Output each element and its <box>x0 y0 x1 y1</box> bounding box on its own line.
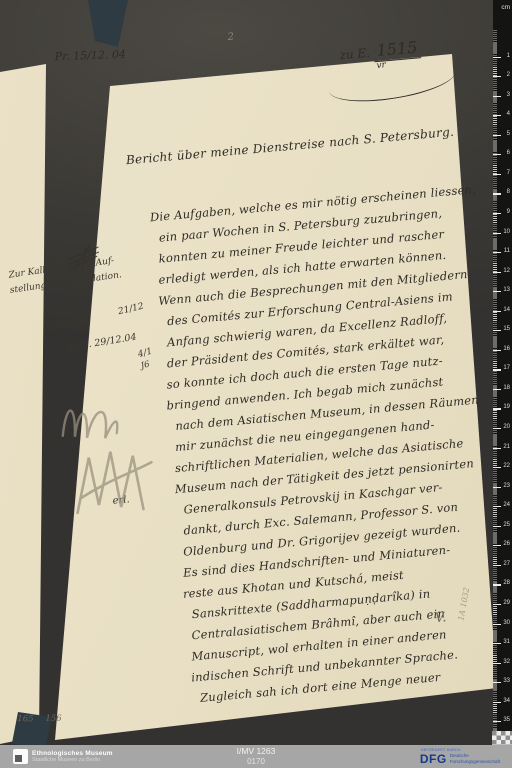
corner-initial-mark: V. <box>434 610 447 626</box>
ruler-cm-tick <box>493 604 501 605</box>
ruler-cm-tick <box>493 506 501 507</box>
ruler-cm-tick <box>493 96 501 97</box>
ruler-cm-tick <box>493 233 501 234</box>
ruler-cm-number: 35 <box>503 717 510 723</box>
ruler-cm-tick <box>493 643 501 644</box>
archive-footer-bar: Ethnologisches Museum Staatliche Museen … <box>0 745 512 768</box>
ruler-cm-number: 5 <box>507 131 510 137</box>
ruler-unit-label: cm <box>501 4 510 11</box>
ruler-cm-number: 25 <box>503 522 510 528</box>
ruler-cm-number: 2 <box>507 72 510 78</box>
ruler-cm-tick <box>493 565 501 566</box>
ruler-cm-tick <box>493 57 501 58</box>
ruler-cm-tick <box>493 448 501 449</box>
museum-parent-institution: Staatliche Museen zu Berlin <box>32 757 113 763</box>
pencil-paraph-2 <box>66 442 162 522</box>
registry-prefix: zu E. <box>339 46 371 63</box>
museum-name: Ethnologisches Museum <box>32 750 113 757</box>
ruler-cm-number: 23 <box>503 483 510 489</box>
margin-mark-41: 4/1 <box>137 347 154 360</box>
ruler-cm-number: 34 <box>503 698 510 704</box>
page-number-left: 165 <box>17 714 33 724</box>
margin-note-erledigt: erledigt <box>49 315 90 333</box>
ruler-cm-tick <box>493 193 501 194</box>
ruler-cm-number: 11 <box>504 248 510 254</box>
ruler-cm-number: 6 <box>507 150 510 156</box>
ruler-cm-number: 15 <box>503 326 510 332</box>
museum-identity-block: Ethnologisches Museum Staatliche Museen … <box>13 749 113 764</box>
registry-number: 1515 <box>373 37 421 62</box>
ruler-cm-number: 7 <box>507 170 510 176</box>
ruler-cm-number: 21 <box>503 444 510 450</box>
ruler-cm-number: 32 <box>503 659 510 665</box>
ruler-cm-number: 24 <box>503 502 510 508</box>
ruler-cm-tick <box>493 311 501 312</box>
ruler-cm-number: 4 <box>507 111 510 117</box>
dfg-funding-block: GEFÖRDERT DURCH DFG Deutsche Forschungsg… <box>420 748 500 766</box>
ruler-cm-tick <box>493 272 501 273</box>
ruler-cm-tick <box>493 115 501 116</box>
museum-logo-icon <box>13 749 28 764</box>
pencil-paraph-1 <box>53 392 127 446</box>
image-number: 0170 <box>247 757 265 767</box>
ruler-cm-number: 8 <box>507 189 510 195</box>
dfg-logo: DFG <box>420 752 447 766</box>
ruler-cm-number: 18 <box>503 385 510 391</box>
ruler-cm-number: 14 <box>503 307 510 313</box>
ruler-cm-number: 19 <box>503 404 510 410</box>
registry-number-block: zu E. 1515 vr <box>339 37 422 74</box>
ruler-cm-tick <box>493 428 501 429</box>
dfg-name-line2: Forschungsgemeinschaft <box>450 759 500 765</box>
ruler-cm-tick <box>493 154 501 155</box>
manuscript-body: Die Aufgaben, welche es mir nötig ersche… <box>153 180 506 709</box>
document-title: Bericht über meine Dienstreise nach S. P… <box>125 125 445 167</box>
ruler-cm-tick <box>493 252 501 253</box>
ruler-cm-tick <box>493 389 501 390</box>
ruler-cm-tick <box>493 174 501 175</box>
ruler-cm-tick <box>493 545 501 546</box>
cm-ruler: cm 1234567891011121314151617181920212223… <box>493 0 512 768</box>
ruler-cm-tick <box>493 624 501 625</box>
ruler-cm-number: 13 <box>503 287 510 293</box>
ruler-cm-tick <box>493 76 501 77</box>
ruler-cm-tick <box>493 350 501 351</box>
ruler-cm-number: 3 <box>507 92 510 98</box>
margin-mark-j6: J6 <box>140 359 151 371</box>
shelfmark: I/MV 1263 <box>237 746 276 757</box>
ruler-cm-tick <box>493 702 501 703</box>
ruler-cm-tick <box>493 330 501 331</box>
ruler-cm-tick <box>493 682 501 683</box>
ruler-cm-number: 17 <box>503 365 510 371</box>
ruler-cm-number: 27 <box>503 561 510 567</box>
ruler-cm-number: 9 <box>507 209 510 215</box>
ruler-cm-tick <box>493 213 501 214</box>
ruler-cm-tick <box>493 467 501 468</box>
ruler-cm-number: 31 <box>503 639 510 645</box>
handwriting-layer: Pr. 15/12. 04 2 zu E. 1515 vr Bericht üb… <box>115 61 512 710</box>
sheet-number-pencil: 2 <box>227 31 234 43</box>
ruler-cm-number: 29 <box>503 600 510 606</box>
received-date-note: Pr. 15/12. 04 <box>55 48 127 63</box>
ruler-cm-number: 22 <box>503 463 510 469</box>
ruler-cm-tick <box>493 291 501 292</box>
ruler-cm-number: 33 <box>503 678 510 684</box>
ruler-cm-number: 16 <box>503 346 510 352</box>
ruler-cm-number: 1 <box>507 53 510 59</box>
ruler-cm-number: 30 <box>503 620 510 626</box>
ruler-cm-tick <box>493 526 501 527</box>
ruler-cm-number: 20 <box>503 424 510 430</box>
ruler-cm-number: 28 <box>503 580 510 586</box>
page-number-right: 156 <box>45 714 61 724</box>
ruler-cm-tick <box>493 663 501 664</box>
ruler-cm-tick <box>493 135 501 136</box>
ruler-cm-tick <box>493 721 501 722</box>
ruler-cm-tick <box>493 369 501 370</box>
ruler-cm-tick <box>493 584 501 585</box>
ruler-cm-number: 26 <box>503 541 510 547</box>
ruler-cm-number: 12 <box>503 268 510 274</box>
ruler-cm-tick <box>493 408 501 409</box>
ruler-cm-number: 10 <box>503 229 510 235</box>
ruler-cm-tick <box>493 487 501 488</box>
